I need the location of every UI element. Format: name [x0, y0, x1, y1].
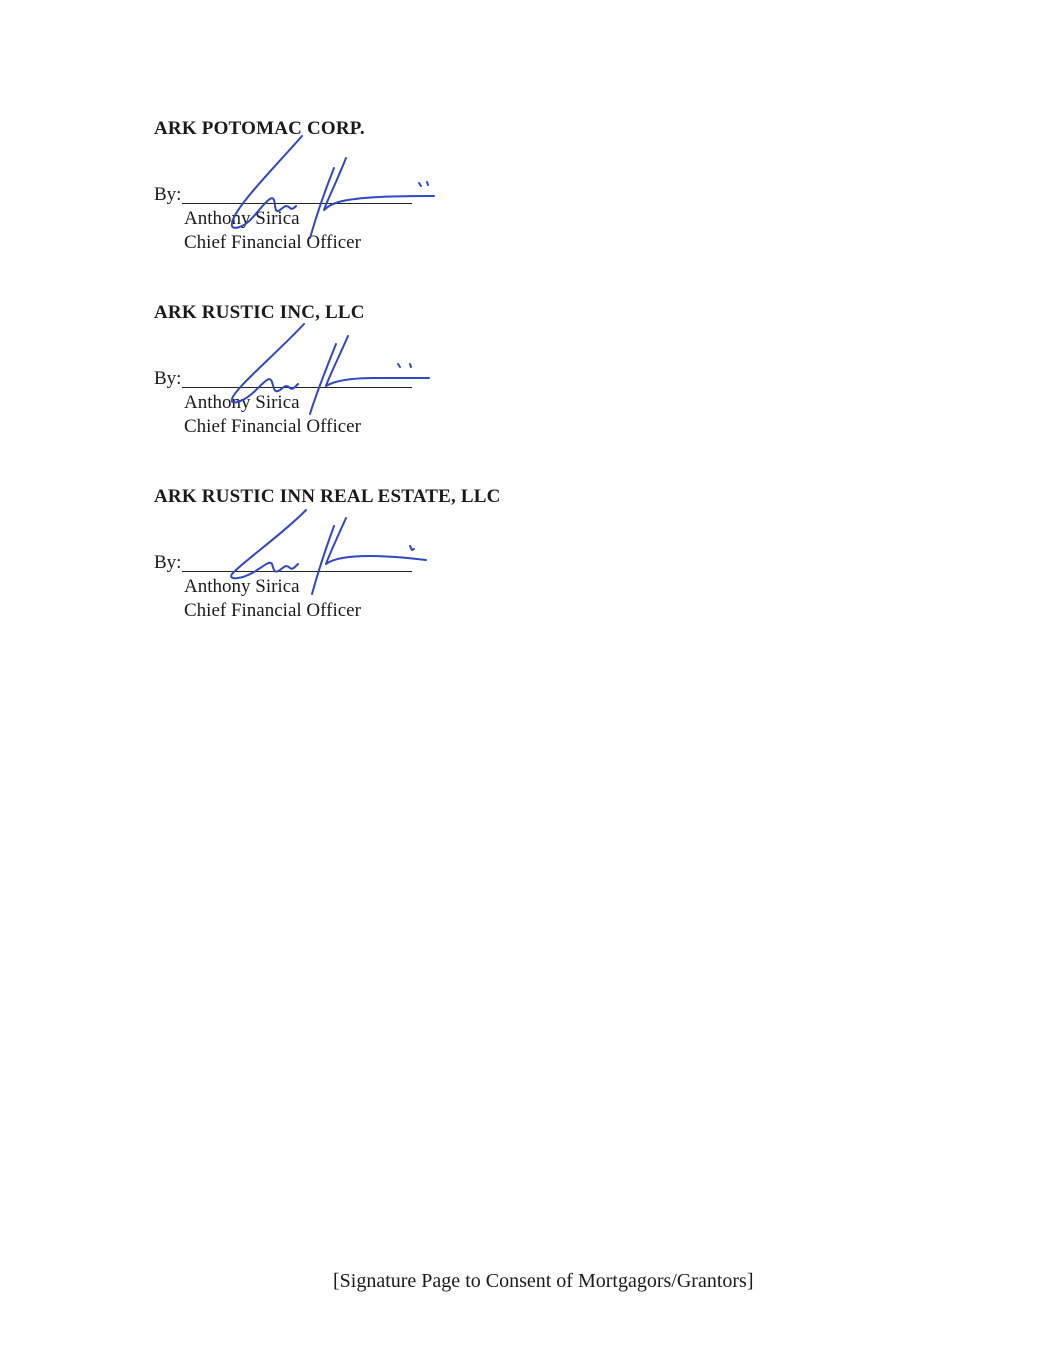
by-label: By:	[154, 551, 181, 575]
handwritten-signature	[214, 128, 444, 248]
by-label: By:	[154, 183, 181, 207]
handwritten-signature	[214, 314, 444, 424]
by-label: By:	[154, 367, 181, 391]
footer-caption: [Signature Page to Consent of Mortgagors…	[333, 1270, 753, 1293]
signature-block-ark-rustic-inn-real-estate: ARK RUSTIC INN REAL ESTATE, LLC By: Anth…	[154, 486, 574, 623]
signature-block-ark-rustic-inc: ARK RUSTIC INC, LLC By: Anthony Sirica C…	[154, 302, 574, 439]
handwritten-signature	[214, 498, 444, 608]
signature-block-ark-potomac: ARK POTOMAC CORP. By: Anthony Sirica Chi…	[154, 118, 574, 255]
